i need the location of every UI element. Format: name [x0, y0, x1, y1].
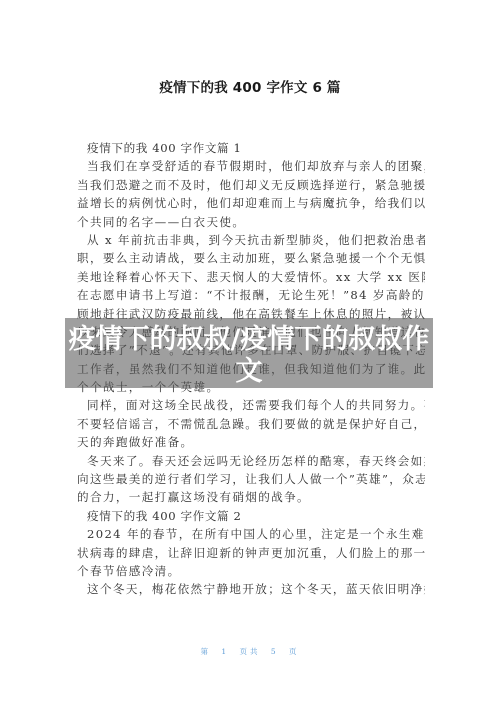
section-heading: 疫情下的我 400 字作文篇 1 — [77, 139, 425, 157]
text-line: 在志愿申请书上写道：“不计报酬，无论生死！”84 岁高龄的钟南山院士义无反 — [77, 286, 425, 304]
text-line: 2024 年的春节，在所有中国人的心里，注定是一个永生难忘的记忆。新型冠 — [77, 525, 425, 543]
text-line: 状病毒的肆虐，让辞旧迎新的钟声更加沉重，人们脸上的那一个个口罩，让这 — [77, 544, 425, 562]
text-line: 职，要么主动请战，要么主动加班，要么紧急驰援一个个无惧无畏的身影，完 — [77, 249, 425, 267]
text-line: 个共同的名字——白衣天使。 — [77, 213, 425, 231]
document-page: 疫情下的我 400 字作文 6 篇 疫情下的我 400 字作文篇 1当我们在享受… — [0, 0, 500, 706]
text-line: 向这些最美的逆行者们学习，让我们人人做一个”英雄”，众志成城，形成强大 — [77, 470, 425, 488]
overlay-title: 疫情下的叔叔/疫情下的叔叔作文 — [65, 318, 433, 388]
text-line: 这个冬天，梅花依然宁静地开放；这个冬天，蓝天依旧明净如洗；这个冬天 — [77, 580, 425, 598]
document-title: 疫情下的我 400 字作文 6 篇 — [0, 76, 500, 96]
section-heading: 疫情下的我 400 字作文篇 2 — [77, 507, 425, 525]
text-line: 从 x 年前抗击非典，到今天抗击新型肺炎，他们把救治患者当成自己的天 — [77, 231, 425, 249]
text-line: 美地诠释着心怀天下、悲天悯人的大爱情怀。xx 大学 xx 医院的一位医护人员 — [77, 268, 425, 286]
text-line: 个春节倍感冷清。 — [77, 562, 425, 580]
text-line: 不要轻信谣言，不需慌乱急躁。我们要做的就是保护好自己，蓄积后劲，为明 — [77, 415, 425, 433]
text-line: 同样，面对这场全民战役，还需要我们每个人的共同努力。不用悲观抱怨， — [77, 396, 425, 414]
text-line: 益增长的病例忧心时，他们却迎难而上与病魔抗争，给我们以信心。他们有一 — [77, 194, 425, 212]
text-line: 冬天来了。春天还会远吗无论经历怎样的酷寒，春天终会如期到来。让我们 — [77, 452, 425, 470]
text-line: 天的奔跑做好准备。 — [77, 433, 425, 451]
text-line: 当我们恐避之而不及时，他们却义无反顾选择逆行，紧急驰援武汉；当我们为日 — [77, 176, 425, 194]
page-footer: 第 1 页共 5 页 — [0, 646, 500, 657]
text-line: 当我们在享受舒适的春节假期时，他们却放弃与亲人的团聚，毅然返回岗位； — [77, 157, 425, 175]
text-line: 的合力，一起打赢这场没有硝烟的战争。 — [77, 488, 425, 506]
